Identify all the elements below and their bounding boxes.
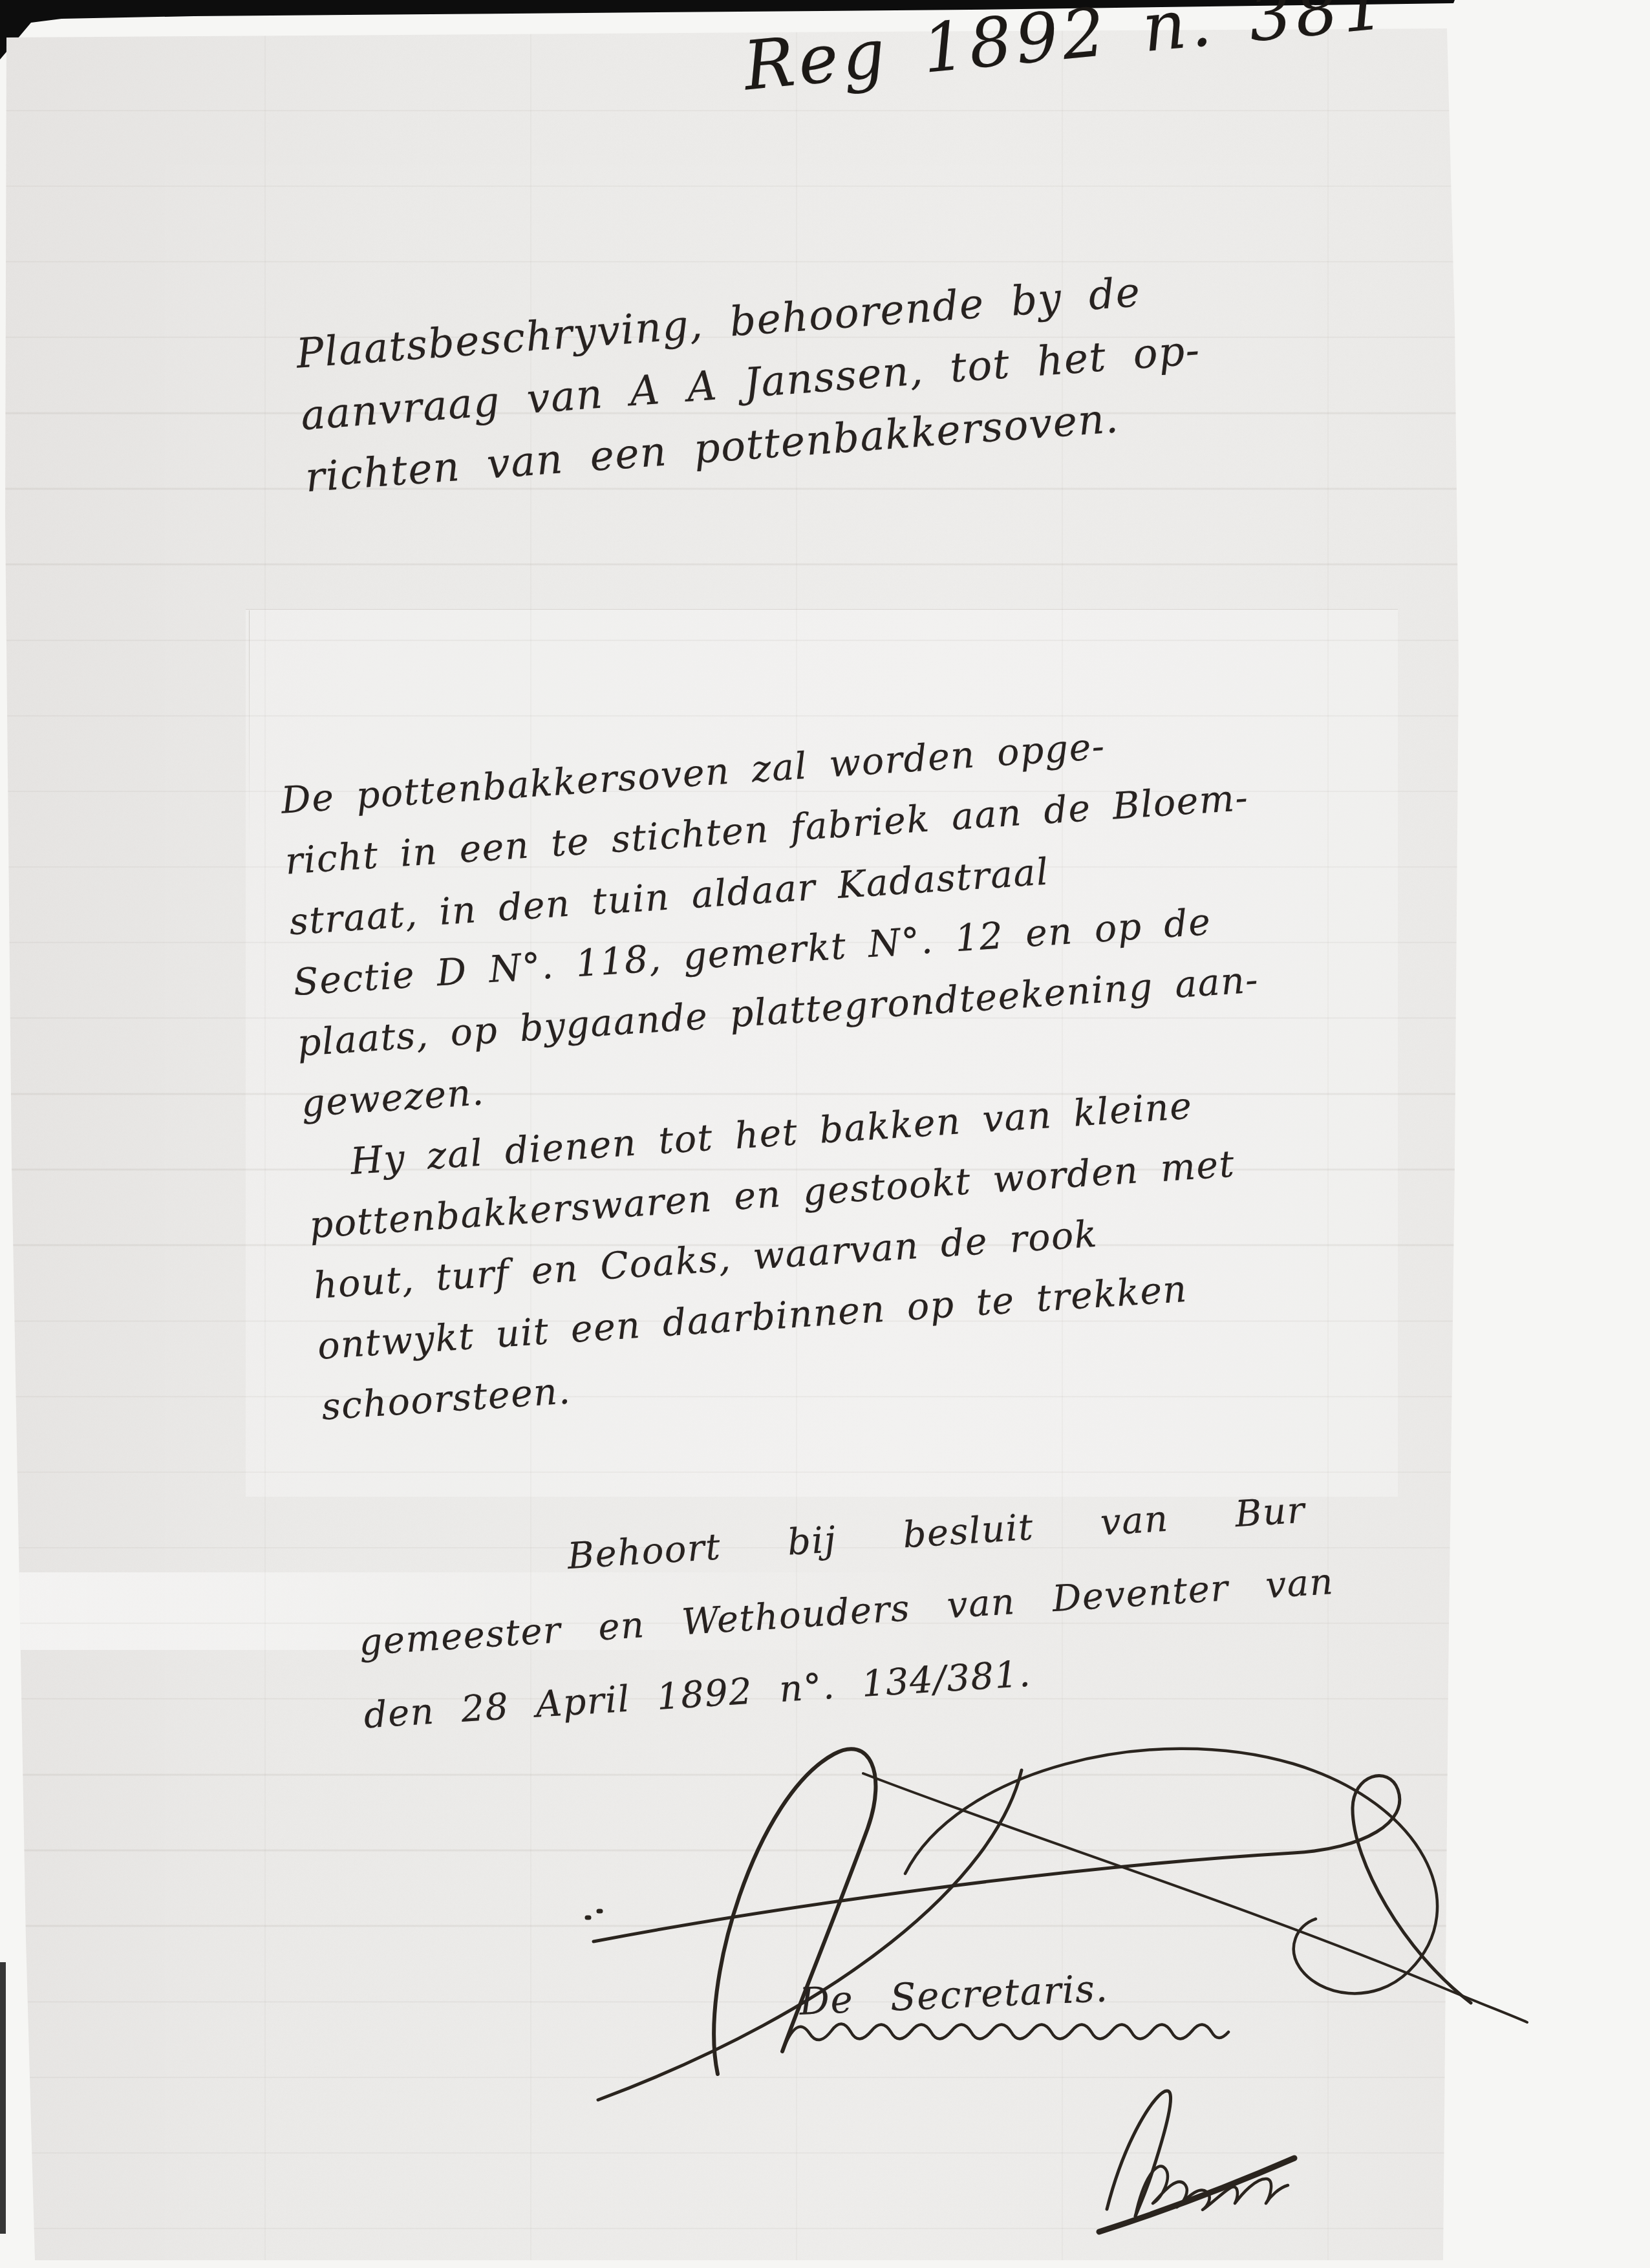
scanned-document-page: { "page": { "kind": "scanned handwritten… <box>0 0 1650 2268</box>
margin-rule-line <box>249 610 250 851</box>
secretaris-signature <box>1047 2077 1319 2245</box>
body-block: De pottenbakkersoven zal worden opge- ri… <box>279 707 1287 1438</box>
burgemeester-signature <box>569 1712 1539 2139</box>
secretary-caption-de: De <box>798 1977 855 2024</box>
scanner-edge-strip-left <box>0 1962 6 2234</box>
